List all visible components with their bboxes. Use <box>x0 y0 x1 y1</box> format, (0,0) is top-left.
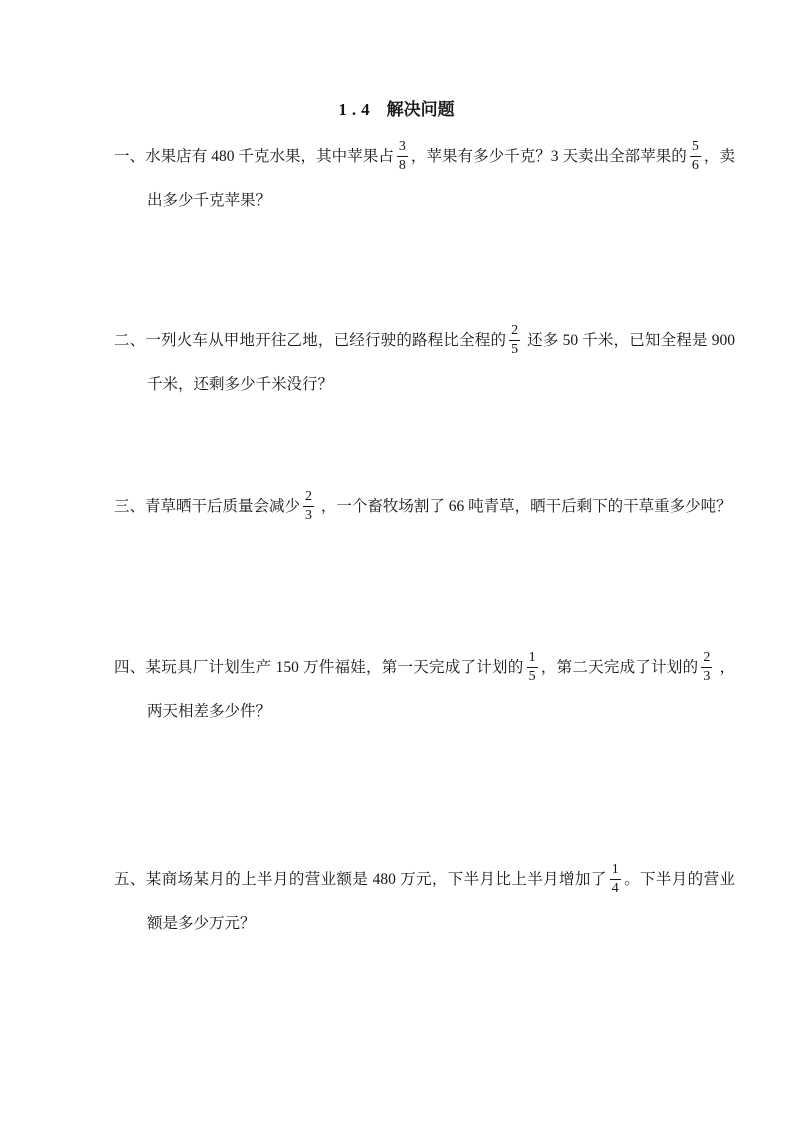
question-4-text-1: 某玩具厂计划生产 150 万件福娃，第一天完成了计划的 <box>146 659 524 676</box>
fraction-denominator: 5 <box>527 667 538 686</box>
question-4: 四、某玩具厂计划生产 150 万件福娃，第一天完成了计划的15，第二天完成了计划… <box>114 646 735 734</box>
question-1-text-1: 水果店有 480 千克水果，其中苹果占 <box>145 148 394 165</box>
fraction-1-4: 14 <box>610 861 621 897</box>
fraction-numerator: 2 <box>303 488 314 506</box>
fraction-3-8: 38 <box>397 138 408 174</box>
fraction-denominator: 3 <box>303 506 314 525</box>
question-3: 三、青草晒干后质量会减少23 ，一个畜牧场割了 66 吨青草，晒干后剩下的干草重… <box>114 485 735 529</box>
fraction-numerator: 5 <box>690 138 701 156</box>
fraction-denominator: 5 <box>509 340 520 359</box>
fraction-1-5: 15 <box>527 649 538 685</box>
question-3-text-1: 青草晒干后质量会减少 <box>145 498 300 515</box>
question-5: 五、某商场某月的上半月的营业额是 480 万元，下半月比上半月增加了14。下半月… <box>114 858 735 946</box>
question-4-text-2: ，第二天完成了计划的 <box>541 659 699 676</box>
question-2-number: 二、 <box>114 332 145 349</box>
section-title: 解决问题 <box>387 100 455 119</box>
page-title: 1.4解决问题 <box>0 98 793 122</box>
question-1-number: 一、 <box>114 148 145 165</box>
fraction-numerator: 3 <box>397 138 408 156</box>
question-5-number: 五、 <box>114 871 146 888</box>
question-1: 一、水果店有 480 千克水果，其中苹果占38，苹果有多少千克？3 天卖出全部苹… <box>114 135 735 223</box>
fraction-5-6: 56 <box>690 138 701 174</box>
fraction-denominator: 3 <box>701 667 712 686</box>
fraction-numerator: 2 <box>509 322 520 340</box>
question-5-text-1: 某商场某月的上半月的营业额是 480 万元，下半月比上半月增加了 <box>146 871 607 888</box>
worksheet-page: 1.4解决问题 一、水果店有 480 千克水果，其中苹果占38，苹果有多少千克？… <box>0 0 793 1122</box>
fraction-denominator: 6 <box>690 156 701 175</box>
fraction-numerator: 1 <box>610 861 621 879</box>
question-2: 二、一列火车从甲地开往乙地，已经行驶的路程比全程的25 还多 50 千米，已知全… <box>114 319 735 407</box>
fraction-numerator: 1 <box>527 649 538 667</box>
question-3-number: 三、 <box>114 498 145 515</box>
fraction-denominator: 8 <box>397 156 408 175</box>
fraction-2-3: 23 <box>701 649 712 685</box>
question-4-number: 四、 <box>114 659 146 676</box>
section-number: 1.4 <box>338 100 374 119</box>
fraction-2-3: 23 <box>303 488 314 524</box>
question-3-text-2: ，一个畜牧场割了 66 吨青草，晒干后剩下的干草重多少吨？ <box>317 498 732 515</box>
fraction-numerator: 2 <box>701 649 712 667</box>
question-2-text-1: 一列火车从甲地开往乙地，已经行驶的路程比全程的 <box>145 332 506 349</box>
question-1-text-2: ，苹果有多少千克？3 天卖出全部苹果的 <box>411 148 687 165</box>
fraction-2-5: 25 <box>509 322 520 358</box>
fraction-denominator: 4 <box>610 879 621 898</box>
